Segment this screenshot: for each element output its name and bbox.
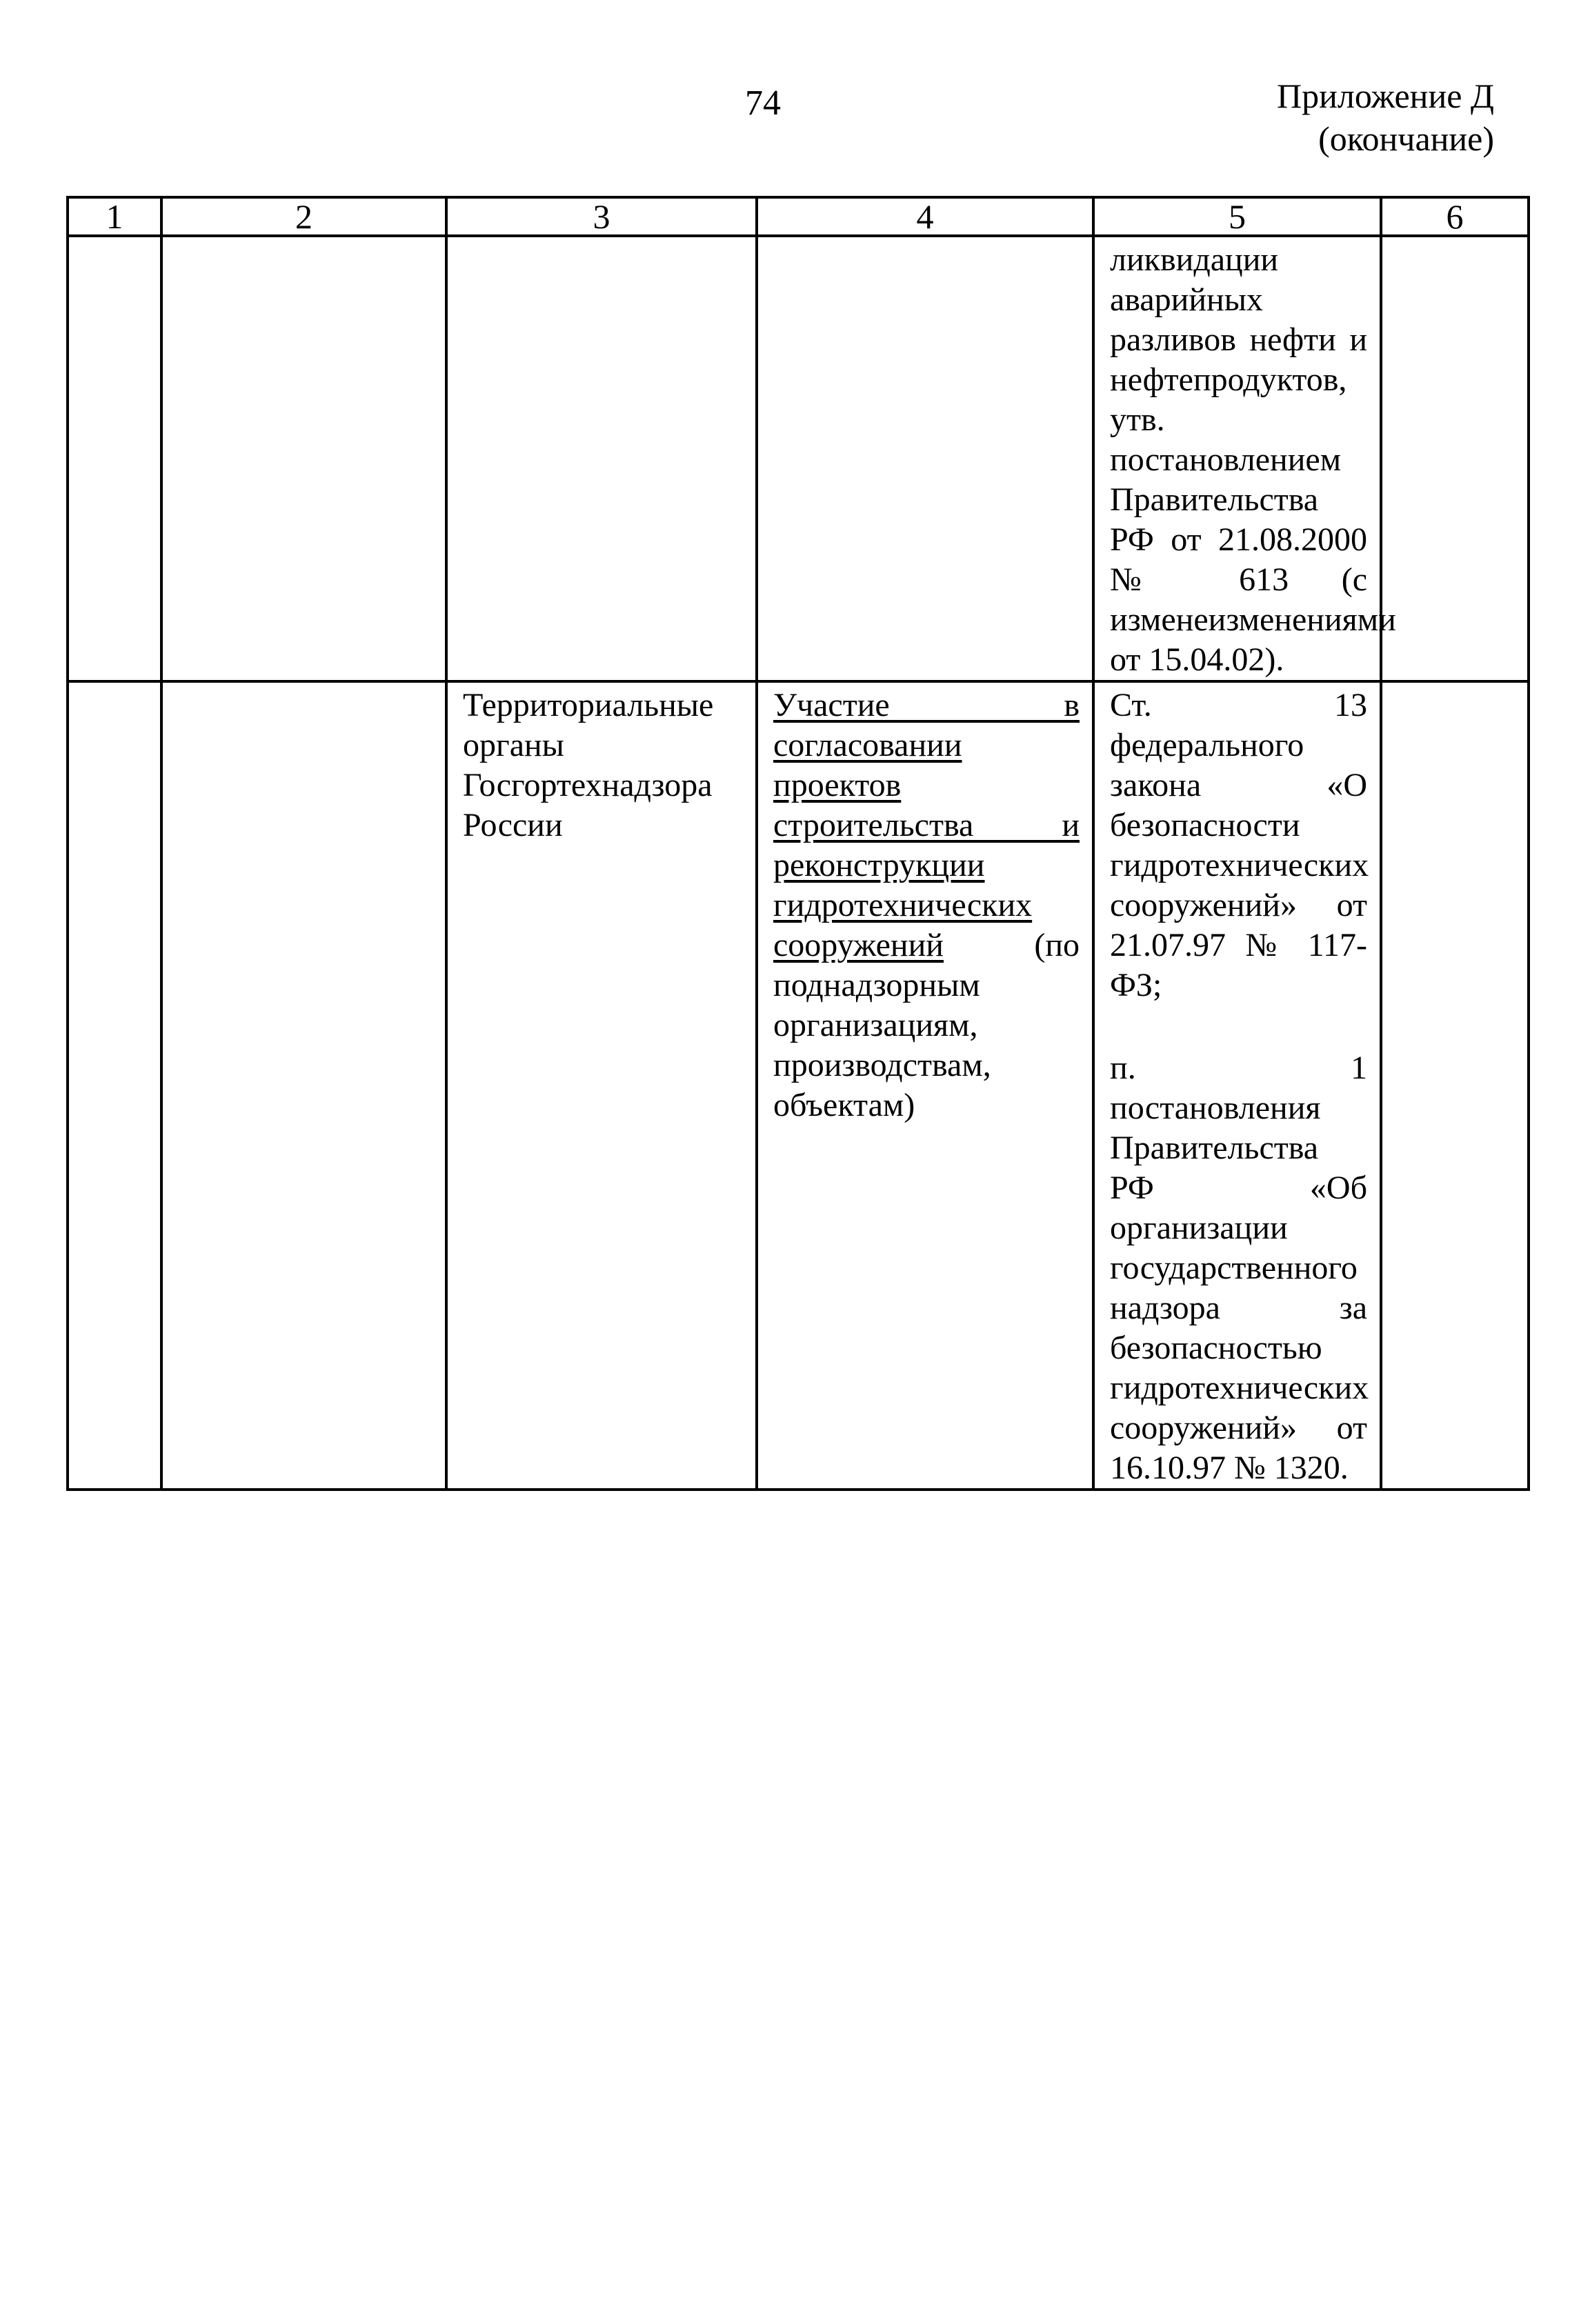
appendix-subtitle: (окончание) xyxy=(1277,117,1494,160)
table-row: Территориальные органы Госгортехнадзора … xyxy=(68,681,1529,1490)
cell-col2 xyxy=(161,681,446,1490)
cell-col3 xyxy=(446,236,757,681)
legal-basis-law: Ст. 13 федерального закона «О безопаснос… xyxy=(1095,683,1380,1005)
cell-col2 xyxy=(161,236,446,681)
column-header: 1 xyxy=(68,197,161,236)
table-row: ликвидации аварийных разливов нефти и не… xyxy=(68,236,1529,681)
column-header: 3 xyxy=(446,197,757,236)
authority-text: Территориальные органы Госгортехнадзора … xyxy=(448,683,755,845)
function-underlined: Участие в согласовании проектов строител… xyxy=(773,687,1080,963)
cell-col1 xyxy=(68,236,161,681)
cell-col3: Территориальные органы Госгортехнадзора … xyxy=(446,681,757,1490)
appendix-title: Приложение Д xyxy=(1277,74,1494,117)
function-text: Участие в согласовании проектов строител… xyxy=(758,683,1092,1125)
appendix-heading: Приложение Д (окончание) xyxy=(1277,74,1494,160)
column-header: 4 xyxy=(757,197,1093,236)
table-header-row: 1 2 3 4 5 6 xyxy=(68,197,1529,236)
cell-col5: ликвидации аварийных разливов нефти и не… xyxy=(1093,236,1381,681)
cell-col6 xyxy=(1381,681,1529,1490)
cell-col1 xyxy=(68,681,161,1490)
legal-basis-text: ликвидации аварийных разливов нефти и не… xyxy=(1095,237,1380,680)
cell-col6 xyxy=(1381,236,1529,681)
appendix-table: 1 2 3 4 5 6 ликвидации аварийных разливо… xyxy=(66,196,1530,1491)
page-number: 74 xyxy=(745,83,781,123)
column-header: 5 xyxy=(1093,197,1381,236)
cell-col4: Участие в согласовании проектов строител… xyxy=(757,681,1093,1490)
cell-col5: Ст. 13 федерального закона «О безопаснос… xyxy=(1093,681,1381,1490)
column-header: 6 xyxy=(1381,197,1529,236)
cell-col4 xyxy=(757,236,1093,681)
column-header: 2 xyxy=(161,197,446,236)
legal-basis-decree: п. 1 постановления Правительства РФ «Об … xyxy=(1095,1045,1380,1488)
